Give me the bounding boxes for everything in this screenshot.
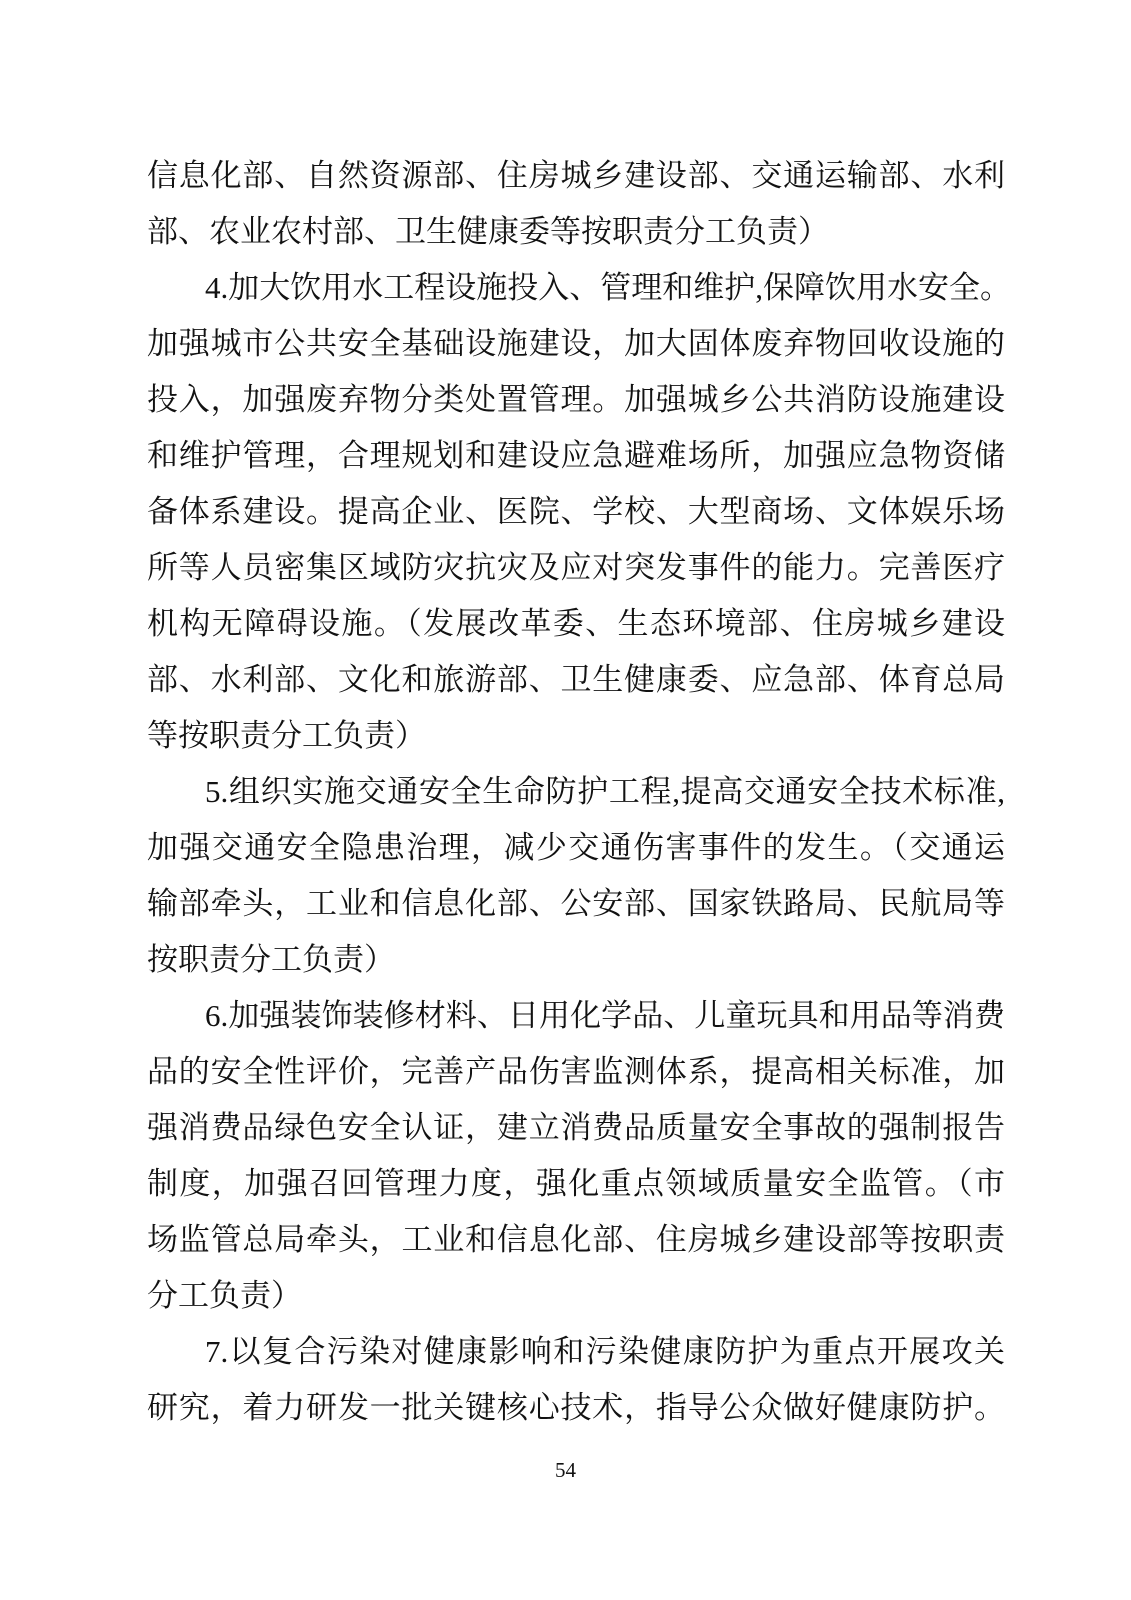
text-line: 品的安全性评价，完善产品伤害监测体系，提高相关标准，加 [147, 1044, 1005, 1100]
text-line: 部、农业农村部、卫生健康委等按职责分工负责） [147, 204, 1005, 260]
text-line: 投入，加强废弃物分类处置管理。加强城乡公共消防设施建设 [147, 372, 1005, 428]
text-line: 制度，加强召回管理力度，强化重点领域质量安全监管。（市 [147, 1156, 1005, 1212]
text-line-item-4-start: 4.加大饮用水工程设施投入、管理和维护,保障饮用水安全。 [147, 260, 1005, 316]
text-line: 场监管总局牵头，工业和信息化部、住房城乡建设部等按职责 [147, 1212, 1005, 1268]
text-line-item-6-start: 6.加强装饰装修材料、日用化学品、儿童玩具和用品等消费 [147, 988, 1005, 1044]
text-line: 输部牵头，工业和信息化部、公安部、国家铁路局、民航局等 [147, 876, 1005, 932]
text-line: 信息化部、自然资源部、住房城乡建设部、交通运输部、水利 [147, 148, 1005, 204]
text-line: 机构无障碍设施。（发展改革委、生态环境部、住房城乡建设 [147, 596, 1005, 652]
text-line: 加强交通安全隐患治理，减少交通伤害事件的发生。（交通运 [147, 820, 1005, 876]
text-line: 部、水利部、文化和旅游部、卫生健康委、应急部、体育总局 [147, 652, 1005, 708]
text-line: 加强城市公共安全基础设施建设，加大固体废弃物回收设施的 [147, 316, 1005, 372]
document-page: 信息化部、自然资源部、住房城乡建设部、交通运输部、水利 部、农业农村部、卫生健康… [0, 0, 1131, 1600]
page-number: 54 [0, 1455, 1131, 1485]
text-line: 强消费品绿色安全认证，建立消费品质量安全事故的强制报告 [147, 1100, 1005, 1156]
text-line: 所等人员密集区域防灾抗灾及应对突发事件的能力。完善医疗 [147, 540, 1005, 596]
text-line-item-5-start: 5.组织实施交通安全生命防护工程,提高交通安全技术标准, [147, 764, 1005, 820]
text-line: 备体系建设。提高企业、医院、学校、大型商场、文体娱乐场 [147, 484, 1005, 540]
document-text-block: 信息化部、自然资源部、住房城乡建设部、交通运输部、水利 部、农业农村部、卫生健康… [147, 148, 1005, 1436]
text-line-item-7-start: 7.以复合污染对健康影响和污染健康防护为重点开展攻关 [147, 1324, 1005, 1380]
text-line: 等按职责分工负责） [147, 708, 1005, 764]
text-line: 分工负责） [147, 1268, 1005, 1324]
text-line: 研究，着力研发一批关键核心技术，指导公众做好健康防护。 [147, 1380, 1005, 1436]
text-line: 和维护管理，合理规划和建设应急避难场所，加强应急物资储 [147, 428, 1005, 484]
text-line: 按职责分工负责） [147, 932, 1005, 988]
